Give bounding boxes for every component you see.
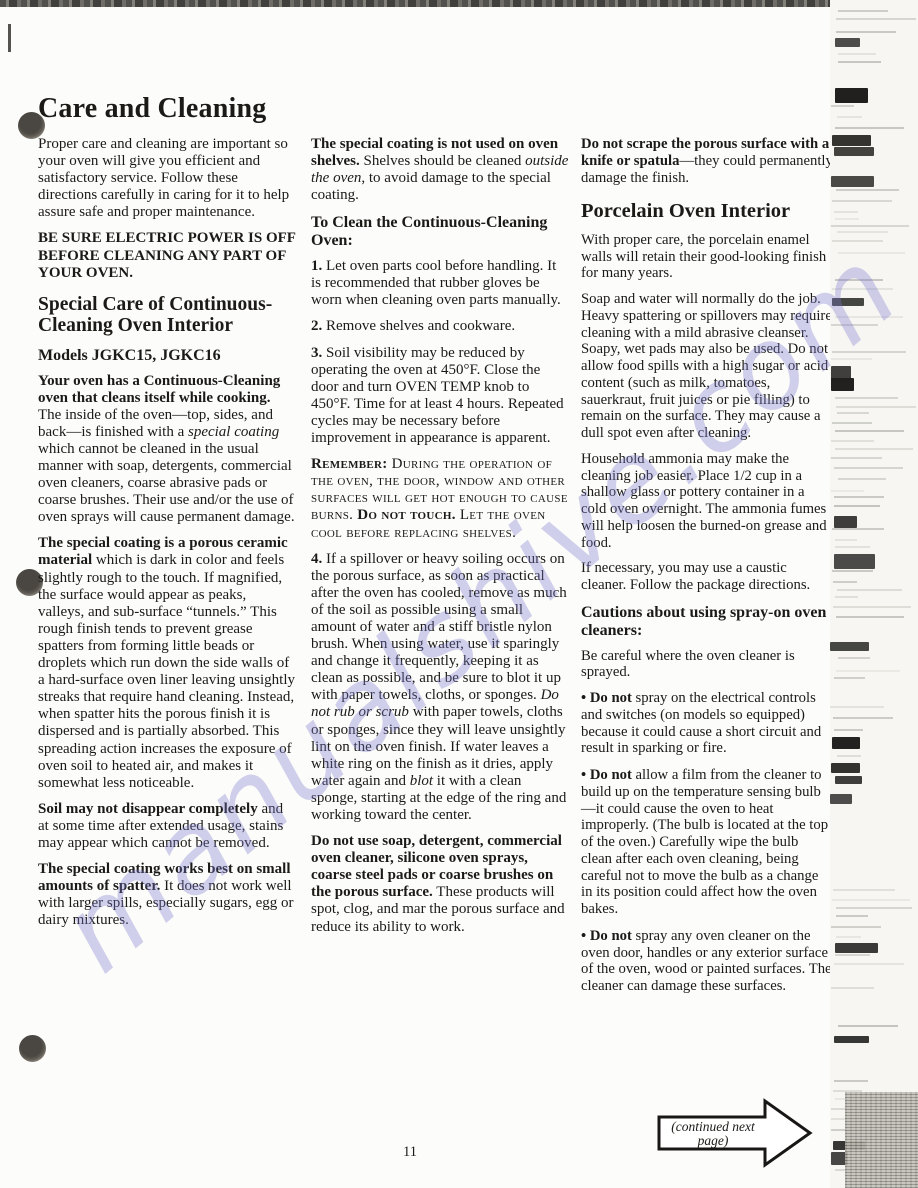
- text-run: Do not touch.: [357, 507, 456, 523]
- scan-noise: [830, 642, 869, 651]
- scan-noise: [832, 422, 872, 424]
- paragraph: Soap and water will normally do the job.…: [581, 291, 833, 442]
- scan-noise: [836, 616, 903, 618]
- scan-noise: [835, 776, 862, 784]
- text-run: Shelves should be cleaned: [360, 153, 525, 169]
- scan-noise: [837, 589, 901, 591]
- text-run: Soap and water will normally do the job.…: [581, 291, 832, 441]
- text-run: Special Care of Continuous-Cleaning Oven…: [38, 294, 272, 336]
- text-run: special coating: [188, 424, 279, 440]
- text-column-middle: The special coating is not used on oven …: [311, 136, 569, 945]
- paragraph: 3. Soil visibility may be reduced by ope…: [311, 345, 569, 448]
- scan-noise: [832, 298, 864, 306]
- paragraph: Soil may not disappear completely and at…: [38, 801, 296, 852]
- paragraph: 2. Remove shelves and cookware.: [311, 318, 569, 335]
- scan-noise: [836, 406, 916, 408]
- scan-noise: [834, 1080, 867, 1082]
- scan-noise: [837, 231, 888, 233]
- scan-noise: [835, 38, 860, 47]
- text-run: If a spillover or heavy soiling occurs o…: [311, 551, 567, 704]
- scan-noise: [832, 240, 883, 242]
- scan-noise: [832, 288, 893, 290]
- scan-noise: [832, 737, 860, 748]
- text-run: which is dark in color and feels slightl…: [38, 552, 295, 790]
- scan-noise: [832, 135, 870, 146]
- scan-noise: [834, 505, 880, 507]
- scan-noise: [834, 677, 866, 679]
- scan-noise: [834, 516, 857, 527]
- scan-noise: [834, 211, 859, 213]
- punch-hole-mark: [19, 1035, 46, 1062]
- scan-noise: [831, 926, 881, 928]
- scan-noise: [831, 378, 853, 391]
- continued-next-page-arrow: (continued next page): [654, 1096, 816, 1170]
- text-run: 4.: [311, 551, 322, 567]
- text-run: Household ammonia may make the cleaning …: [581, 451, 827, 551]
- scan-noise: [838, 252, 905, 254]
- paragraph: If necessary, you may use a caustic clea…: [581, 560, 833, 594]
- text-run: Remove shelves and cookware.: [322, 318, 515, 334]
- scan-noise: [837, 755, 861, 757]
- scan-noise: [835, 88, 867, 103]
- scan-noise: [836, 936, 860, 938]
- scan-noise: [835, 430, 904, 432]
- paragraph: • Do not spray any oven cleaner on the o…: [581, 928, 833, 995]
- text-run: With proper care, the porcelain enamel w…: [581, 232, 826, 282]
- scan-noise: [838, 10, 888, 12]
- text-run: which cannot be cleaned in the usual man…: [38, 441, 295, 525]
- scan-noise: [834, 554, 876, 569]
- paragraph: The special coating works best on small …: [38, 861, 296, 929]
- scan-noise: [835, 397, 898, 399]
- text-run: If necessary, you may use a caustic clea…: [581, 560, 810, 593]
- scan-noise: [833, 581, 858, 583]
- scan-noise: [832, 528, 885, 530]
- adjacent-page-edge: [830, 0, 918, 1188]
- paragraph: 1. Let oven parts cool before handling. …: [311, 258, 569, 309]
- scan-edge-band: [0, 0, 918, 7]
- paragraph: Proper care and cleaning are important s…: [38, 136, 296, 221]
- scan-noise: [833, 606, 912, 608]
- scan-noise: [834, 496, 884, 498]
- text-run: Soil visibility may be reduced by operat…: [311, 345, 564, 446]
- scan-noise: [831, 176, 874, 187]
- scan-noise: [836, 670, 900, 672]
- text-run: •: [581, 690, 590, 706]
- page-title: Care and Cleaning: [38, 93, 266, 125]
- page-number: 11: [403, 1144, 417, 1161]
- text-run: blot: [410, 773, 433, 789]
- scan-noise: [833, 889, 896, 891]
- scan-noise: [830, 706, 884, 708]
- scan-noise: [838, 53, 876, 55]
- scan-noise: [831, 763, 861, 773]
- scan-noise: [835, 539, 858, 541]
- scan-noise: [834, 1036, 869, 1042]
- scan-noise: [835, 596, 858, 598]
- scan-noise: [838, 1025, 898, 1027]
- paragraph: The special coating is not used on oven …: [311, 136, 569, 204]
- paragraph: • Do not spray on the electrical control…: [581, 690, 833, 757]
- scan-noise: [835, 448, 913, 450]
- section-heading: Cautions about using spray-on oven clean…: [581, 604, 833, 640]
- section-heading: Special Care of Continuous-Cleaning Oven…: [38, 294, 296, 337]
- text-run: To Clean the Continuous-Cleaning Oven:: [311, 214, 547, 249]
- scan-noise: [831, 490, 864, 492]
- text-run: 1.: [311, 258, 322, 274]
- text-run: Do not: [590, 767, 632, 783]
- text-run: Be careful where the oven cleaner is spr…: [581, 648, 795, 681]
- paragraph: Remember: During the operation of the ov…: [311, 456, 569, 541]
- scan-noise: [835, 943, 878, 953]
- scan-noise: [832, 351, 906, 353]
- scanned-manual-page: Care and Cleaning Proper care and cleani…: [0, 0, 918, 1188]
- scan-noise: [835, 316, 903, 318]
- text-run: Do not: [590, 928, 632, 944]
- text-run: Soil may not disappear completely: [38, 801, 258, 817]
- adjacent-page-corner-texture: [845, 1092, 918, 1188]
- scan-noise: [831, 440, 875, 442]
- text-run: allow a film from the cleaner to build u…: [581, 767, 828, 917]
- continued-next-page-label: (continued next page): [662, 1120, 764, 1147]
- text-run: Models JGKC15, JGKC16: [38, 347, 221, 364]
- scan-noise: [834, 147, 874, 156]
- scan-noise: [835, 127, 904, 129]
- paragraph: BE SURE ELECTRIC POWER IS OFF BEFORE CLE…: [38, 230, 296, 281]
- section-heading: Porcelain Oven Interior: [581, 200, 833, 223]
- scan-noise: [831, 358, 872, 360]
- scan-noise: [837, 412, 869, 414]
- scan-noise: [838, 657, 870, 659]
- scan-noise: [832, 570, 872, 572]
- scan-noise: [836, 18, 915, 20]
- text-column-left: Proper care and cleaning are important s…: [38, 136, 296, 938]
- scan-noise: [831, 105, 854, 107]
- paragraph: Do not use soap, detergent, commercial o…: [311, 833, 569, 936]
- text-run: •: [581, 928, 590, 944]
- scan-noise: [834, 729, 863, 731]
- scan-noise: [836, 907, 912, 909]
- paragraph: 4. If a spillover or heavy soiling occur…: [311, 551, 569, 825]
- scan-noise: [835, 954, 870, 956]
- scan-noise: [837, 116, 862, 118]
- scan-noise: [834, 467, 903, 469]
- scan-noise: [830, 794, 851, 804]
- paragraph: Be careful where the oven cleaner is spr…: [581, 648, 833, 682]
- text-run: Porcelain Oven Interior: [581, 200, 790, 222]
- paragraph: With proper care, the porcelain enamel w…: [581, 232, 833, 282]
- scan-noise: [832, 899, 910, 901]
- scan-noise: [836, 31, 895, 33]
- scan-noise: [833, 717, 893, 719]
- text-run: 3.: [311, 345, 322, 361]
- scan-noise: [835, 218, 858, 220]
- text-column-right: Do not scrape the porous surface with a …: [581, 136, 833, 1005]
- section-heading: Models JGKC15, JGKC16: [38, 347, 296, 365]
- text-run: Your oven has a Continuous-Cleaning oven…: [38, 373, 280, 406]
- scan-noise: [838, 478, 886, 480]
- scan-noise: [831, 324, 878, 326]
- scan-noise: [835, 546, 870, 548]
- paragraph: Household ammonia may make the cleaning …: [581, 451, 833, 552]
- scan-noise: [835, 279, 883, 281]
- text-run: Proper care and cleaning are important s…: [38, 136, 289, 220]
- text-run: Let oven parts cool before handling. It …: [311, 258, 561, 308]
- text-run: •: [581, 767, 590, 783]
- scan-noise: [834, 963, 904, 965]
- scan-noise: [831, 457, 882, 459]
- scan-artifact-mark: [8, 24, 11, 52]
- paragraph: Your oven has a Continuous-Cleaning oven…: [38, 373, 296, 527]
- scan-noise: [831, 225, 909, 227]
- text-run: 2.: [311, 318, 322, 334]
- paragraph: Do not scrape the porous surface with a …: [581, 136, 833, 186]
- scan-noise: [831, 987, 873, 989]
- paragraph: • Do not allow a film from the cleaner t…: [581, 767, 833, 918]
- scan-noise: [836, 915, 868, 917]
- text-run: Cautions about using spray-on oven clean…: [581, 604, 826, 639]
- text-run: Do not: [590, 690, 632, 706]
- paragraph: The special coating is a porous ceramic …: [38, 535, 296, 791]
- section-heading: To Clean the Continuous-Cleaning Oven:: [311, 214, 569, 250]
- text-run: Remember:: [311, 456, 392, 472]
- scan-noise: [838, 61, 881, 63]
- scan-noise: [832, 200, 893, 202]
- text-run: BE SURE ELECTRIC POWER IS OFF BEFORE CLE…: [38, 230, 295, 280]
- scan-noise: [836, 189, 899, 191]
